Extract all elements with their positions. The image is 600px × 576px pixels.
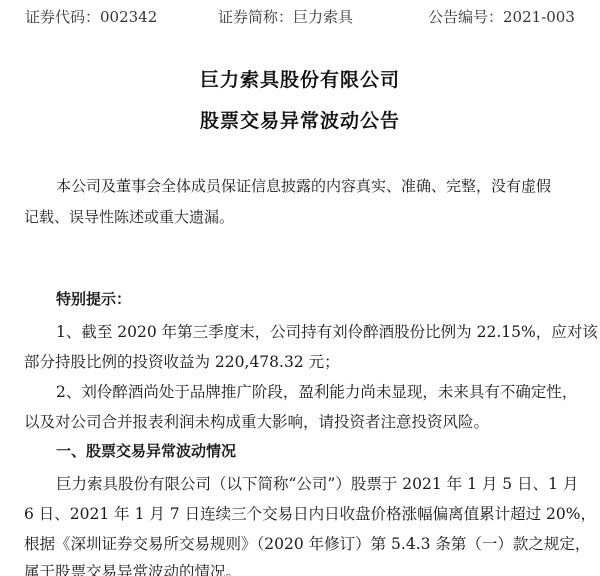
stock-code: 证券代码：002342 (25, 6, 157, 27)
notice-item-2-line-1: 2、刘伶醉酒尚处于品牌推广阶段，盈利能力尚未显现，未来具有不确定性， (56, 380, 577, 402)
special-notice-heading: 特别提示： (56, 288, 131, 309)
section-1-line-4: 属于股票交易异常波动的情况。 (24, 560, 241, 576)
section-1-heading: 一、股票交易异常波动情况 (56, 440, 236, 461)
announcement-title: 股票交易异常波动公告 (0, 106, 600, 133)
statement-line-2: 记载、误导性陈述或重大遗漏。 (24, 206, 234, 227)
section-1-line-2: 6 日、2021 年 1 月 7 日连续三个交易日内日收盘价格涨幅偏离值累计超过… (24, 502, 596, 524)
announcement-number: 公告编号：2021-003 (428, 6, 575, 27)
notice-item-2-line-2: 以及对公司合并报表利润未构成重大影响，请投资者注意投资风险。 (24, 410, 489, 432)
document-header: 证券代码：002342 证券简称：巨力索具 公告编号：2021-003 (0, 6, 600, 28)
section-1-line-1: 巨力索具股份有限公司（以下简称“公司”）股票于 2021 年 1 月 5 日、1… (56, 472, 578, 494)
notice-item-1-line-1: 1、截至 2020 年第三季度末，公司持有刘伶醉酒股份比例为 22.15%，应对… (56, 320, 598, 342)
stock-abbreviation: 证券简称：巨力索具 (218, 6, 353, 27)
company-title: 巨力索具股份有限公司 (0, 65, 600, 92)
section-1-line-3: 根据《深圳证券交易所交易规则》（2020 年修订）第 5.4.3 条第（一）款之… (24, 532, 590, 554)
notice-item-1-line-2: 部分持股比例的投资收益为 220,478.32 元； (24, 350, 340, 372)
statement-line-1: 本公司及董事会全体成员保证信息披露的内容真实、准确、完整，没有虚假 (56, 175, 551, 196)
